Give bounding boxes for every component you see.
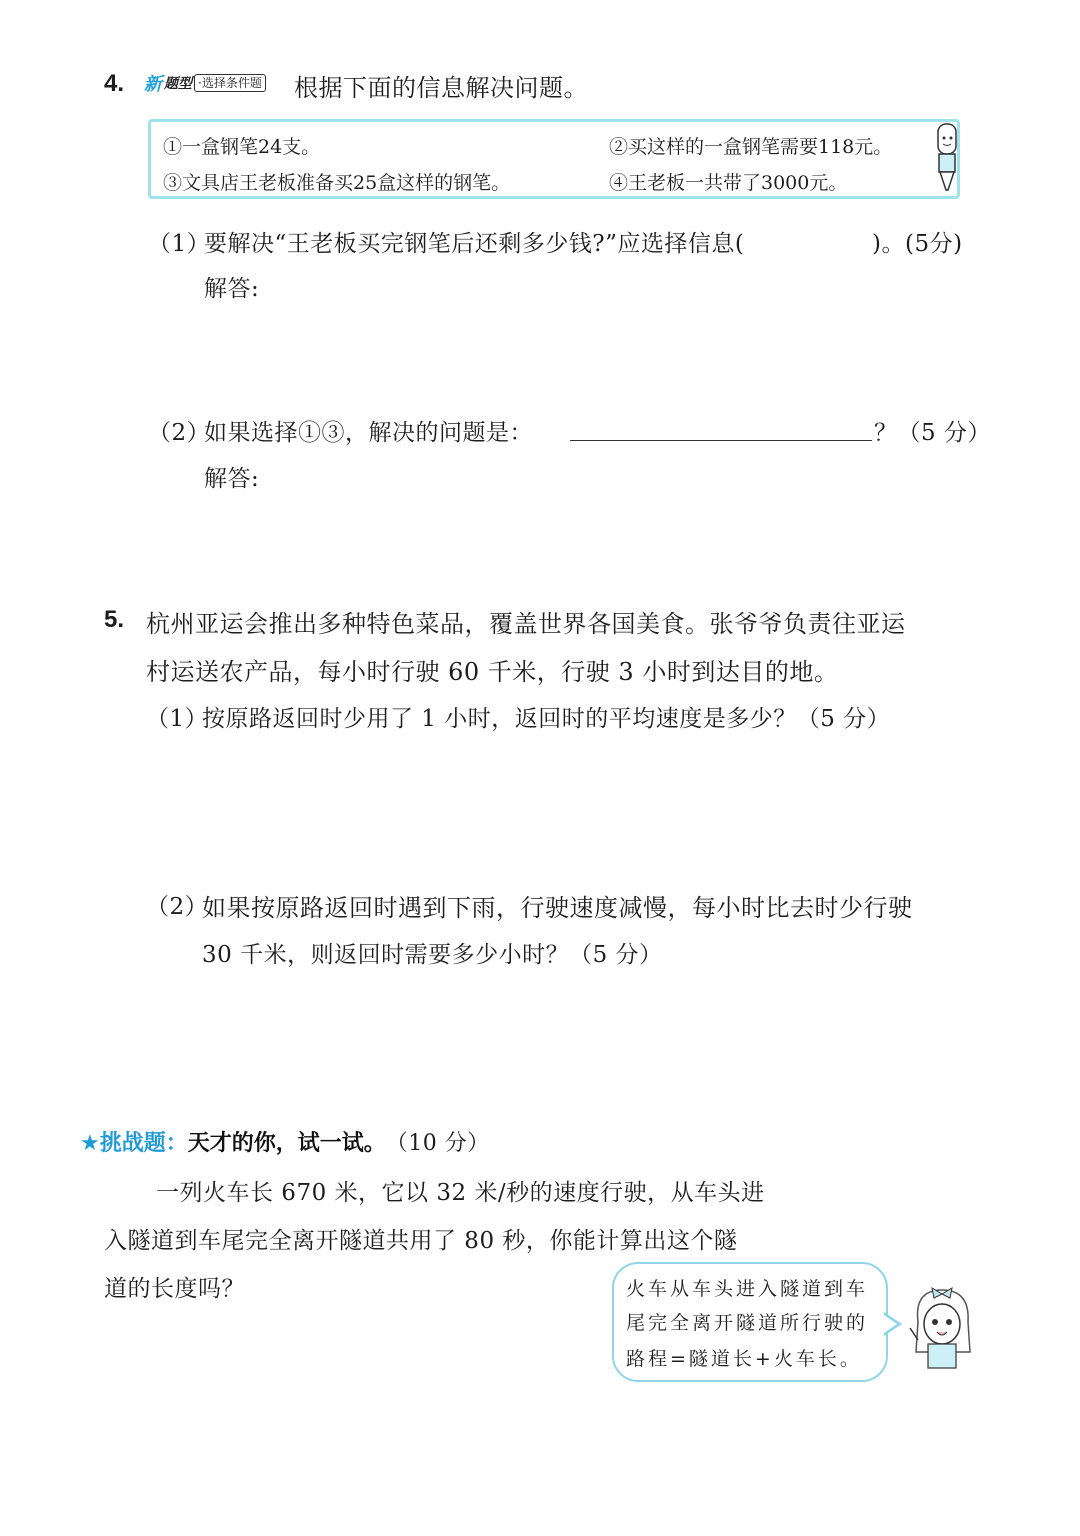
tag-label: ·选择条件题	[194, 74, 266, 92]
challenge-header: ★ 挑战题： 天才的你，试一试。 （10 分）	[80, 1126, 490, 1157]
q4-sub2-text: 如果选择①③，解决的问题是：	[204, 414, 533, 447]
info-item-1: ①一盒钢笔24支。	[163, 132, 320, 159]
question-5-line-2: 村运送农产品，每小时行驶 60 千米，行驶 3 小时到达目的地。	[146, 652, 838, 687]
challenge-points: （10 分）	[386, 1126, 490, 1157]
q4-sub1-label: （1）	[148, 225, 210, 258]
q5-sub2-answer-area[interactable]	[202, 975, 962, 1105]
q4-sub1-points: )。(5分)	[872, 225, 963, 258]
question-5-number: 5.	[104, 606, 124, 634]
q5-sub1-label: （1）	[146, 700, 208, 733]
new-badge: 新	[144, 70, 162, 96]
q4-sub1-answer-blank[interactable]	[788, 228, 868, 256]
challenge-line-3: 道的长度吗？	[104, 1270, 245, 1303]
challenge-subtitle: 天才的你，试一试。	[188, 1126, 386, 1157]
q4-sub2-answer-label: 解答:	[204, 460, 259, 493]
q4-sub1-text: 要解决“王老板买完钢笔后还剩多少钱?”应选择信息(	[204, 225, 744, 258]
q5-sub1-text: 按原路返回时少用了 1 小时，返回时的平均速度是多少？（5 分）	[202, 700, 890, 733]
hint-bubble: 火车从车头进入隧道到车 尾完全离开隧道所行驶的 路程=隧道长+火车长。	[612, 1262, 888, 1382]
q4-sub1-answer-area[interactable]	[204, 305, 964, 395]
tag-kind: 题型	[164, 73, 192, 93]
hint-line-3: 路程=隧道长+火车长。	[626, 1344, 862, 1371]
q4-sub1-answer-label: 解答:	[204, 270, 259, 303]
challenge-title: 挑战题：	[100, 1126, 188, 1157]
question-type-tag: 新 题型 ·选择条件题	[144, 72, 266, 94]
question-4-title: 根据下面的信息解决问题。	[294, 68, 588, 103]
hint-line-2: 尾完全离开隧道所行驶的	[626, 1308, 868, 1335]
info-item-2: ②买这样的一盒钢笔需要118元。	[609, 132, 892, 159]
star-icon: ★	[80, 1131, 100, 1156]
bubble-tail-inner	[884, 1315, 897, 1333]
q4-sub2-points: ？（5 分）	[874, 414, 991, 447]
challenge-line-2: 入隧道到车尾完全离开隧道共用了 80 秒，你能计算出这个隧	[104, 1222, 737, 1255]
info-box: ①一盒钢笔24支。 ②买这样的一盒钢笔需要118元。 ③文具店王老板准备买25盒…	[148, 119, 960, 199]
challenge-line-1: 一列火车长 670 米，它以 32 米/秒的速度行驶，从车头进	[156, 1174, 765, 1207]
q5-sub2-line-2: 30 千米，则返回时需要多少小时？（5 分）	[202, 936, 663, 969]
info-item-3: ③文具店王老板准备买25盒这样的钢笔。	[163, 168, 510, 195]
question-4-number: 4.	[104, 70, 124, 98]
pen-mascot-icon	[930, 120, 964, 194]
q5-sub2-line-1: 如果按原路返回时遇到下雨，行驶速度减慢，每小时比去时少行驶	[202, 888, 913, 923]
girl-mascot-icon	[904, 1282, 978, 1372]
q5-sub2-label: （2）	[146, 888, 208, 921]
info-item-4: ④王老板一共带了3000元。	[609, 168, 847, 195]
q4-sub2-answer-blank[interactable]	[570, 440, 872, 441]
question-5-line-1: 杭州亚运会推出多种特色菜品，覆盖世界各国美食。张爷爷负责往亚运	[146, 604, 906, 639]
q4-sub2-label: （2）	[148, 414, 210, 447]
q4-sub2-answer-area[interactable]	[204, 495, 964, 585]
q5-sub1-answer-area[interactable]	[202, 740, 962, 870]
hint-line-1: 火车从车头进入隧道到车	[626, 1274, 868, 1301]
